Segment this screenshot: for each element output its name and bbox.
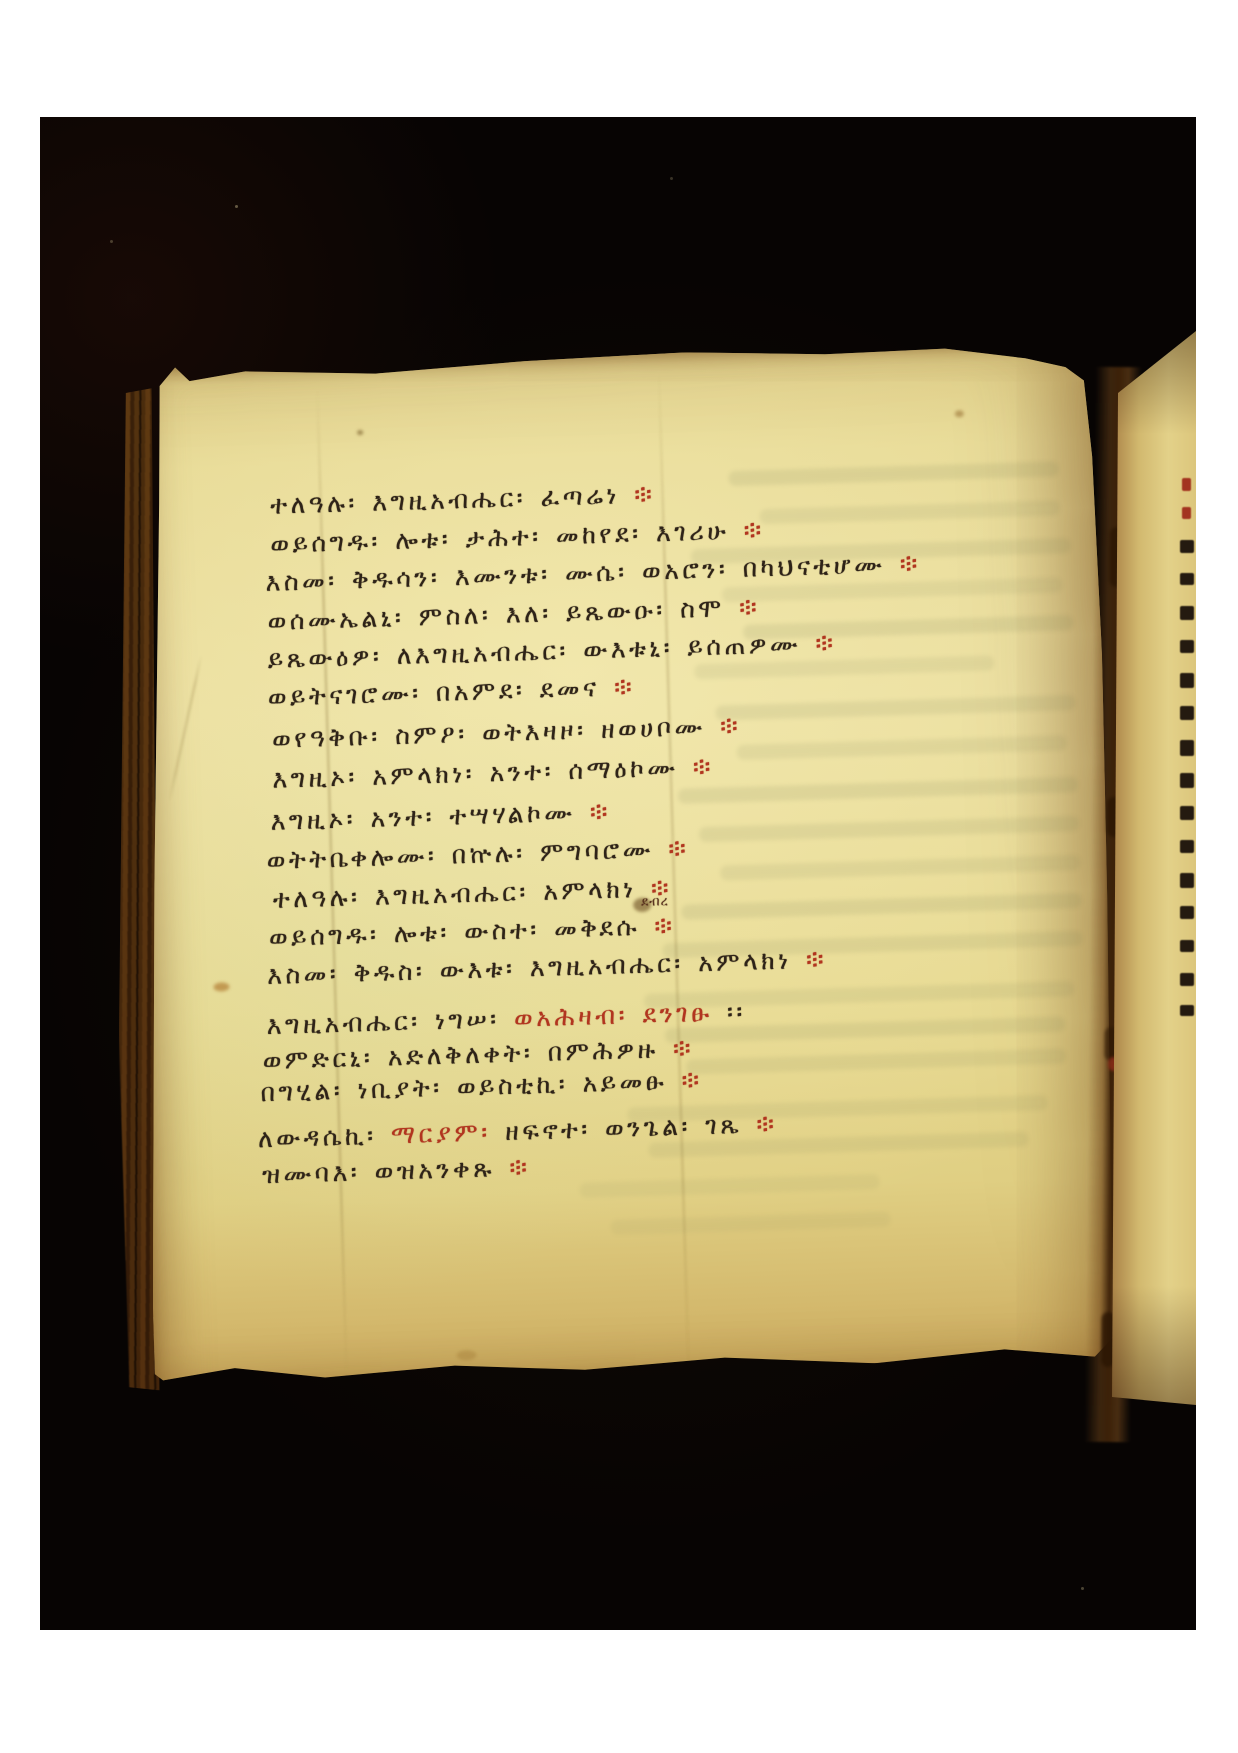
manuscript-text-line: ተለዓሉ፡ እግዚአብሔር፡ ፈጣሬነ ፨ bbox=[270, 480, 656, 519]
dust-speck bbox=[670, 177, 673, 180]
show-through-text bbox=[125, 336, 1100, 365]
manuscript-text-line: ዝሙባእ፡ ወዝአንቀጹ ፨ bbox=[262, 1153, 531, 1188]
facing-page-glyph-fragment bbox=[1180, 573, 1194, 585]
dust-speck bbox=[1081, 1587, 1084, 1590]
show-through-row bbox=[678, 777, 1078, 804]
black-ink-segment: ተለዓሉ፡ እግዚአብሔር፡ አምላክነ bbox=[272, 874, 637, 914]
facing-page-glyph-fragment bbox=[1180, 740, 1194, 756]
black-ink-segment: ወይትናገሮሙ፡ በአምደ፡ ደመና bbox=[267, 673, 600, 712]
facing-page-glyph-fragment bbox=[1180, 973, 1194, 986]
stain bbox=[1002, 1519, 1014, 1527]
red-ink-segment: ፨ bbox=[619, 479, 655, 509]
show-through-row bbox=[611, 1212, 891, 1235]
red-ink-segment: ፨ bbox=[801, 628, 837, 658]
stain bbox=[213, 982, 229, 991]
show-through-row bbox=[720, 855, 1080, 881]
facing-page-glyph-fragment bbox=[1180, 773, 1194, 788]
stain bbox=[456, 1350, 476, 1361]
facing-page-glyph-fragment bbox=[1180, 640, 1194, 653]
red-ink-segment: ፨ bbox=[729, 515, 765, 545]
red-ink-segment: ፨ bbox=[678, 752, 714, 782]
red-ink-segment: ወአሕዛብ፡ ደንገፁ bbox=[514, 998, 713, 1033]
facing-page-glyph-fragment bbox=[1180, 940, 1194, 952]
red-ink-segment: ፨ bbox=[667, 1065, 703, 1095]
black-ink-segment: ለውዳሴኪ፡ bbox=[258, 1120, 392, 1153]
facing-page-glyph-fragment bbox=[1180, 540, 1194, 553]
red-ink-segment: ፨ bbox=[658, 1033, 694, 1063]
manuscript-text-line: ወሰሙኤልኒ፡ ምስለ፡ እለ፡ ይጼውዑ፡ ስሞ ፨ bbox=[267, 593, 760, 635]
black-ink-segment: ዝሙባእ፡ ወዝአንቀጹ bbox=[262, 1153, 496, 1189]
text-block: ተለዓሉ፡ እግዚአብሔር፡ ፈጣሬነ ፨ወይሰግዱ፡ ሎቱ፡ ታሕተ፡ መከየ… bbox=[125, 336, 1100, 365]
black-ink-segment: ወየዓቅቡ፡ ስምዖ፡ ወትእዛዞ፡ ዘወሀቦሙ bbox=[272, 712, 706, 754]
facing-page-glyph-fragment bbox=[1180, 606, 1194, 620]
black-ink-segment: እግዚኦ፡ አምላክነ፡ አንተ፡ ሰማዕኮሙ bbox=[272, 753, 679, 794]
red-ink-segment: ፨ bbox=[575, 797, 611, 827]
manuscript-text-line: እስመ፡ ቅዱስ፡ ውእቱ፡ እግዚአብሔር፡ አምላክነ ፨ bbox=[267, 945, 828, 989]
show-through-row bbox=[760, 500, 1060, 524]
black-ink-segment: ወትትቤቀሎሙ፡ በኵሉ፡ ምግባሮሙ bbox=[266, 835, 654, 875]
show-through-row bbox=[686, 1048, 1066, 1074]
stain bbox=[955, 410, 964, 417]
show-through-row bbox=[737, 735, 1067, 760]
stain bbox=[783, 1474, 797, 1482]
manuscript-text-line: ወይሰግዱ፡ ሎቱ፡ ውስተ፡ መቅደሱ ፨ bbox=[269, 912, 676, 952]
facing-page-glyph-fragment bbox=[1180, 806, 1194, 820]
screenshot-root: { "photo": { "subject": "manuscript-book… bbox=[0, 0, 1238, 1753]
manuscript-text-line: እግዚኦ፡ አምላክነ፡ አንተ፡ ሰማዕኮሙ ፨ bbox=[272, 753, 714, 794]
show-through-row bbox=[715, 695, 1075, 721]
facing-page-red-mark bbox=[1182, 478, 1191, 491]
black-ink-segment: እስመ፡ ቅዱስ፡ ውእቱ፡ እግዚአብሔር፡ አምላክነ bbox=[267, 945, 792, 990]
page-crease bbox=[168, 655, 203, 802]
stain bbox=[357, 430, 363, 435]
red-ink-segment: ፨ bbox=[599, 672, 635, 702]
facing-page-glyph-fragment bbox=[1180, 906, 1194, 919]
red-ink-segment: ፨ bbox=[791, 944, 827, 974]
red-ink-segment: ፨ bbox=[705, 711, 741, 741]
facing-page-glyph-fragment bbox=[1180, 873, 1194, 888]
red-ink-segment: ፨ bbox=[495, 1152, 531, 1182]
facing-page-glyph-fragment bbox=[1180, 673, 1194, 688]
black-ink-segment: ወይሰግዱ፡ ሎቱ፡ ታሕተ፡ መከየደ፡ እገሪሁ bbox=[270, 516, 730, 559]
black-ink-segment: ፡፡ bbox=[712, 997, 746, 1027]
black-ink-segment: ወሰሙኤልኒ፡ ምስለ፡ እለ፡ ይጼውዑ፡ ስሞ bbox=[267, 593, 725, 636]
black-ink-segment: ወይሰግዱ፡ ሎቱ፡ ውስተ፡ መቅደሱ bbox=[269, 912, 641, 952]
red-ink-segment: ፨ bbox=[724, 592, 760, 622]
open-book: ተለዓሉ፡ እግዚአብሔር፡ ፈጣሬነ ፨ወይሰግዱ፡ ሎቱ፡ ታሕተ፡ መከየ… bbox=[125, 335, 1169, 1524]
facing-page-glyph-fragment bbox=[1180, 706, 1194, 720]
manuscript-text-line: ወይትናገሮሙ፡ በአምደ፡ ደመና ፨ bbox=[268, 673, 636, 711]
red-ink-segment: ፨ bbox=[653, 833, 689, 863]
black-ink-segment: እግዚአብሔር፡ ነግሠ፡ bbox=[266, 1004, 514, 1040]
black-ink-segment: ተለዓሉ፡ እግዚአብሔር፡ ፈጣሬነ bbox=[270, 480, 620, 519]
show-through-row bbox=[699, 816, 1079, 842]
dust-speck bbox=[235, 205, 238, 208]
facing-page-red-mark bbox=[1182, 507, 1191, 519]
show-through-row bbox=[681, 893, 1081, 920]
black-ink-segment: እግዚኦ፡ አንተ፡ ተሣሃልኮሙ bbox=[270, 798, 576, 836]
manuscript-page: ተለዓሉ፡ እግዚአብሔር፡ ፈጣሬነ ፨ወይሰግዱ፡ ሎቱ፡ ታሕተ፡ መከየ… bbox=[125, 336, 1131, 1414]
facing-page-glyph-fragment bbox=[1180, 840, 1194, 853]
dust-speck bbox=[110, 240, 113, 243]
red-ink-segment: ፨ bbox=[639, 911, 675, 941]
photograph-of-manuscript: ተለዓሉ፡ እግዚአብሔር፡ ፈጣሬነ ፨ወይሰግዱ፡ ሎቱ፡ ታሕተ፡ መከየ… bbox=[40, 117, 1196, 1630]
facing-page-glyph-fragment bbox=[1180, 1005, 1194, 1016]
red-ink-segment: ፨ bbox=[885, 548, 921, 578]
manuscript-text-line: እግዚኦ፡ አንተ፡ ተሣሃልኮሙ ፨ bbox=[270, 798, 611, 836]
interlinear-insertion: ደብረ bbox=[641, 894, 669, 910]
show-through-row bbox=[728, 461, 1058, 486]
show-through-row bbox=[579, 1174, 879, 1198]
red-ink-segment: ፨ bbox=[742, 1109, 778, 1139]
red-ink-segment: ማርያም፡ bbox=[391, 1117, 492, 1149]
